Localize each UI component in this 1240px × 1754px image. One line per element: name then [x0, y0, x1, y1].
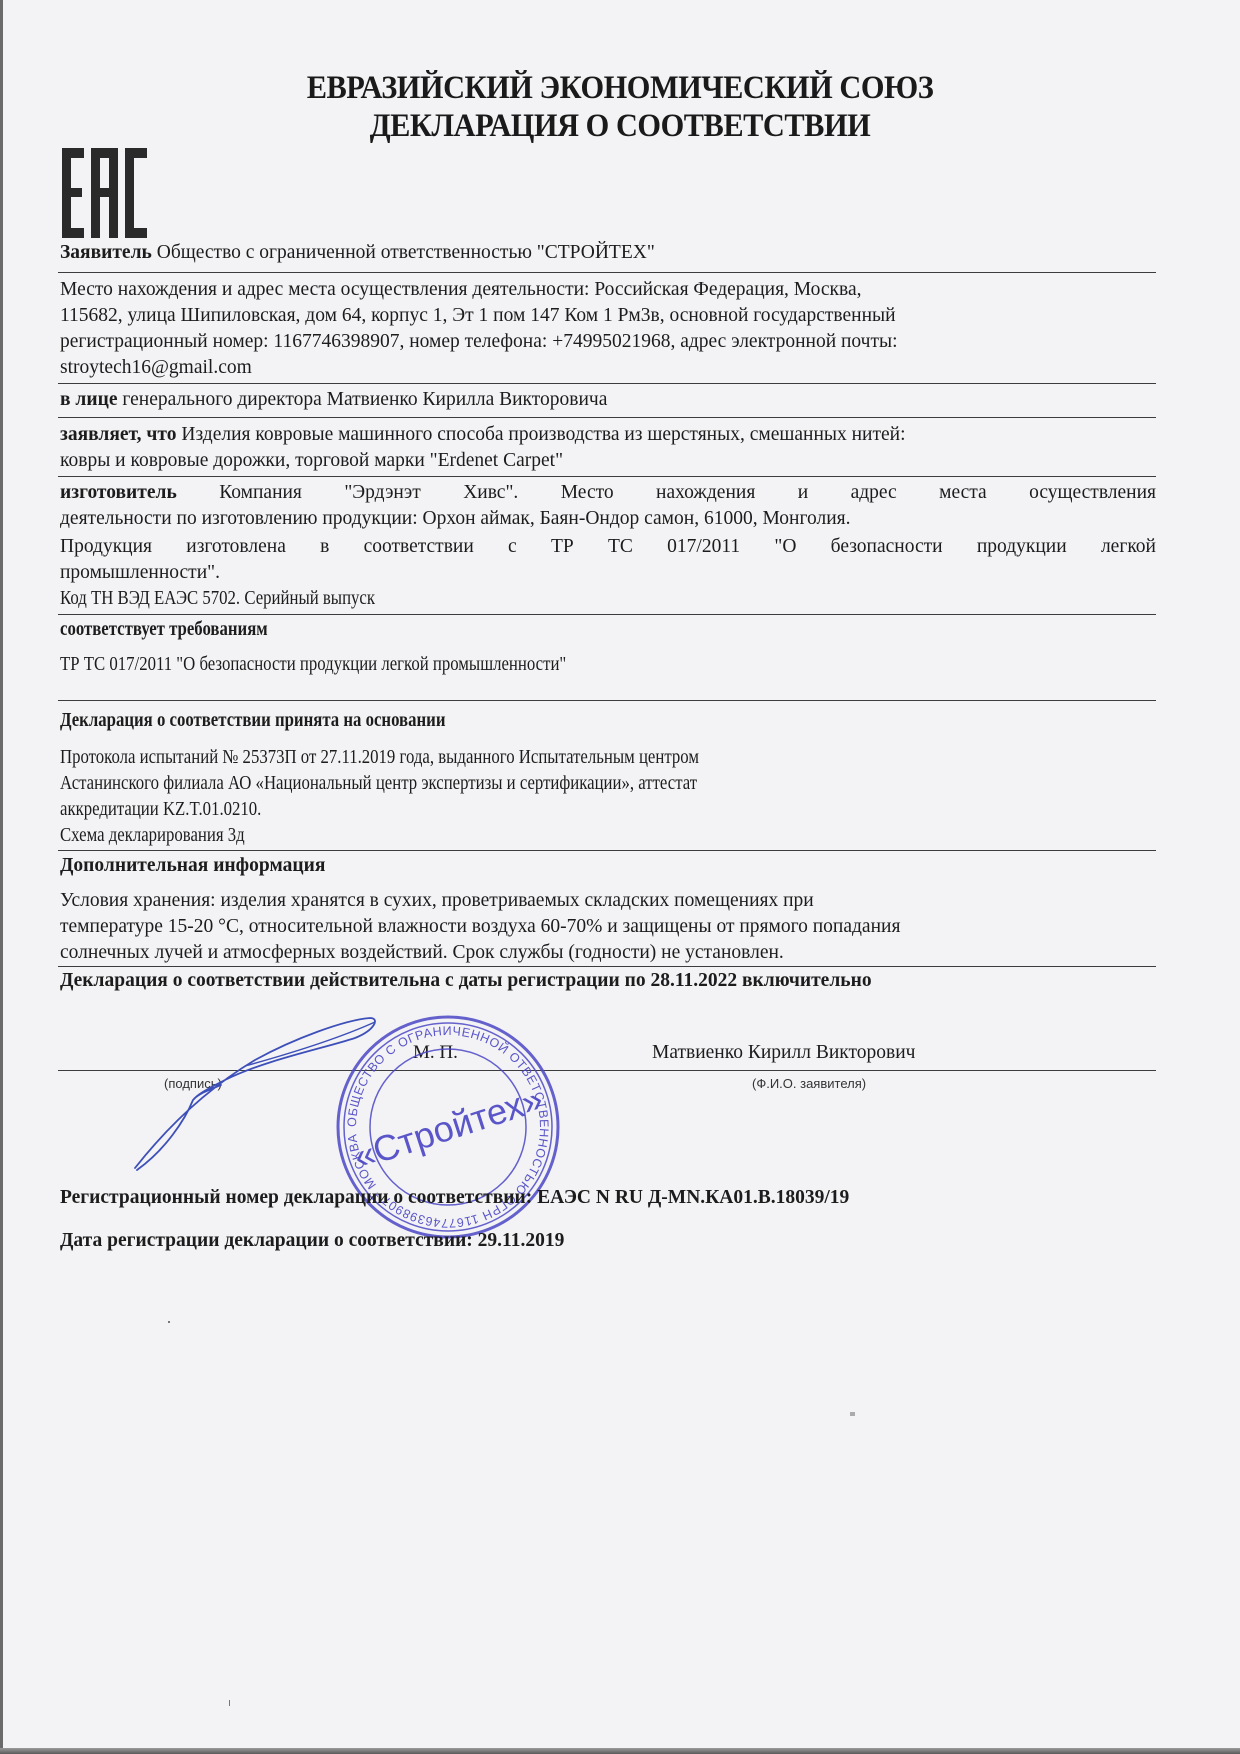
manufacturer-line-1: изготовитель Компания "Эрдэнэт Хивс". Ме…	[60, 480, 1156, 506]
address-line-3: регистрационный номер: 1167746398907, но…	[60, 329, 898, 355]
divider	[58, 850, 1156, 851]
conformity-label: соответствует требованиям	[60, 617, 268, 643]
basis-line-1: Протокола испытаний № 25373П от 27.11.20…	[60, 745, 803, 771]
basis-line-3: аккредитации KZ.T.01.0210.	[60, 797, 294, 823]
divider	[58, 383, 1156, 384]
declares-line-2: ковры и ковровые дорожки, торговой марки…	[60, 448, 563, 474]
declares-line-1: заявляет, что Изделия ковровые машинного…	[60, 422, 906, 448]
representative-label: в лице	[60, 389, 117, 410]
additional-line-3: солнечных лучей и атмосферных воздействи…	[60, 940, 784, 966]
registration-number-label: Регистрационный номер декларации о соотв…	[60, 1187, 532, 1208]
scan-speck	[229, 1700, 230, 1706]
signer-name: Матвиенко Кирилл Викторович	[652, 1040, 915, 1066]
conformity-value-line: ТР ТС 017/2011 "О безопасности продукции…	[60, 652, 649, 678]
validity-statement: Декларация о соответствии действительна …	[60, 968, 872, 994]
divider	[58, 476, 1156, 477]
applicant-value: Общество с ограниченной ответственностью…	[157, 242, 655, 263]
product-description: Изделия ковровые машинного способа произ…	[181, 424, 905, 445]
manufacturer-line-2: деятельности по изготовлению продукции: …	[60, 506, 851, 532]
applicant-line: Заявитель Общество с ограниченной ответс…	[60, 240, 655, 266]
additional-line-2: температуре 15-20 °С, относительной влаж…	[60, 914, 900, 940]
hs-code: Код ТН ВЭД ЕАЭС 5702. Серийный выпуск	[60, 586, 375, 612]
registration-date-line: Дата регистрации декларации о соответств…	[60, 1228, 564, 1254]
address-line-1: Место нахождения и адрес места осуществл…	[60, 277, 862, 303]
hs-code-line: Код ТН ВЭД ЕАЭС 5702. Серийный выпуск	[60, 586, 426, 612]
declaration-scheme: Схема декларирования 3д	[60, 823, 245, 849]
divider	[58, 700, 1156, 701]
test-centre: Астанинского филиала АО «Национальный це…	[60, 771, 697, 797]
divider	[58, 272, 1156, 273]
registration-number-value: ЕАЭС N RU Д-MN.КА01.В.18039/19	[537, 1187, 849, 1208]
representative-value: генерального директора Матвиенко Кирилла…	[122, 389, 607, 410]
registration-date-value: 29.11.2019	[478, 1230, 565, 1251]
applicant-email: stroytech16@gmail.com	[60, 355, 252, 381]
additional-line-1: Условия хранения: изделия хранятся в сух…	[60, 888, 814, 914]
basis-line-2: Астанинского филиала АО «Национальный це…	[60, 771, 801, 797]
registration-number-line: Регистрационный номер декларации о соотв…	[60, 1185, 849, 1211]
produced-line-2: промышленности".	[60, 560, 220, 586]
conformity-label-line: соответствует требованиям	[60, 617, 302, 643]
divider	[58, 966, 1156, 967]
scan-speck	[168, 1321, 170, 1323]
basis-label: Декларация о соответствии принята на осн…	[60, 708, 445, 734]
registration-date-label: Дата регистрации декларации о соответств…	[60, 1230, 473, 1251]
representative-line: в лице генерального директора Матвиенко …	[60, 387, 607, 413]
test-protocol: Протокола испытаний № 25373П от 27.11.20…	[60, 745, 699, 771]
divider	[58, 614, 1156, 615]
eac-mark-icon	[62, 148, 148, 238]
produced-line-1: Продукция изготовлена в соответствии с Т…	[60, 534, 1156, 560]
scan-left-edge	[0, 0, 3, 1754]
applicant-label: Заявитель	[60, 242, 152, 263]
scan-bottom-edge	[0, 1748, 1240, 1754]
basis-line-4: Схема декларирования 3д	[60, 823, 275, 849]
basis-label-line: Декларация о соответствии принята на осн…	[60, 708, 508, 734]
document-title-union: ЕВРАЗИЙСКИЙ ЭКОНОМИЧЕСКИЙ СОЮЗ	[50, 70, 1191, 107]
divider	[58, 417, 1156, 418]
document-title-declaration: ДЕКЛАРАЦИЯ О СООТВЕТСТВИИ	[50, 108, 1191, 145]
scan-speck	[850, 1412, 855, 1416]
address-line-2: 115682, улица Шипиловская, дом 64, корпу…	[60, 303, 896, 329]
conformity-value: ТР ТС 017/2011 "О безопасности продукции…	[60, 652, 566, 678]
declares-label: заявляет, что	[60, 424, 177, 445]
signer-caption: (Ф.И.О. заявителя)	[752, 1076, 866, 1091]
manufacturer-value: Компания "Эрдэнэт Хивс". Место нахождени…	[219, 482, 1156, 503]
accreditation: аккредитации KZ.T.01.0210.	[60, 797, 261, 823]
additional-label-line: Дополнительная информация	[60, 853, 325, 879]
manufacturer-label: изготовитель	[60, 482, 177, 503]
